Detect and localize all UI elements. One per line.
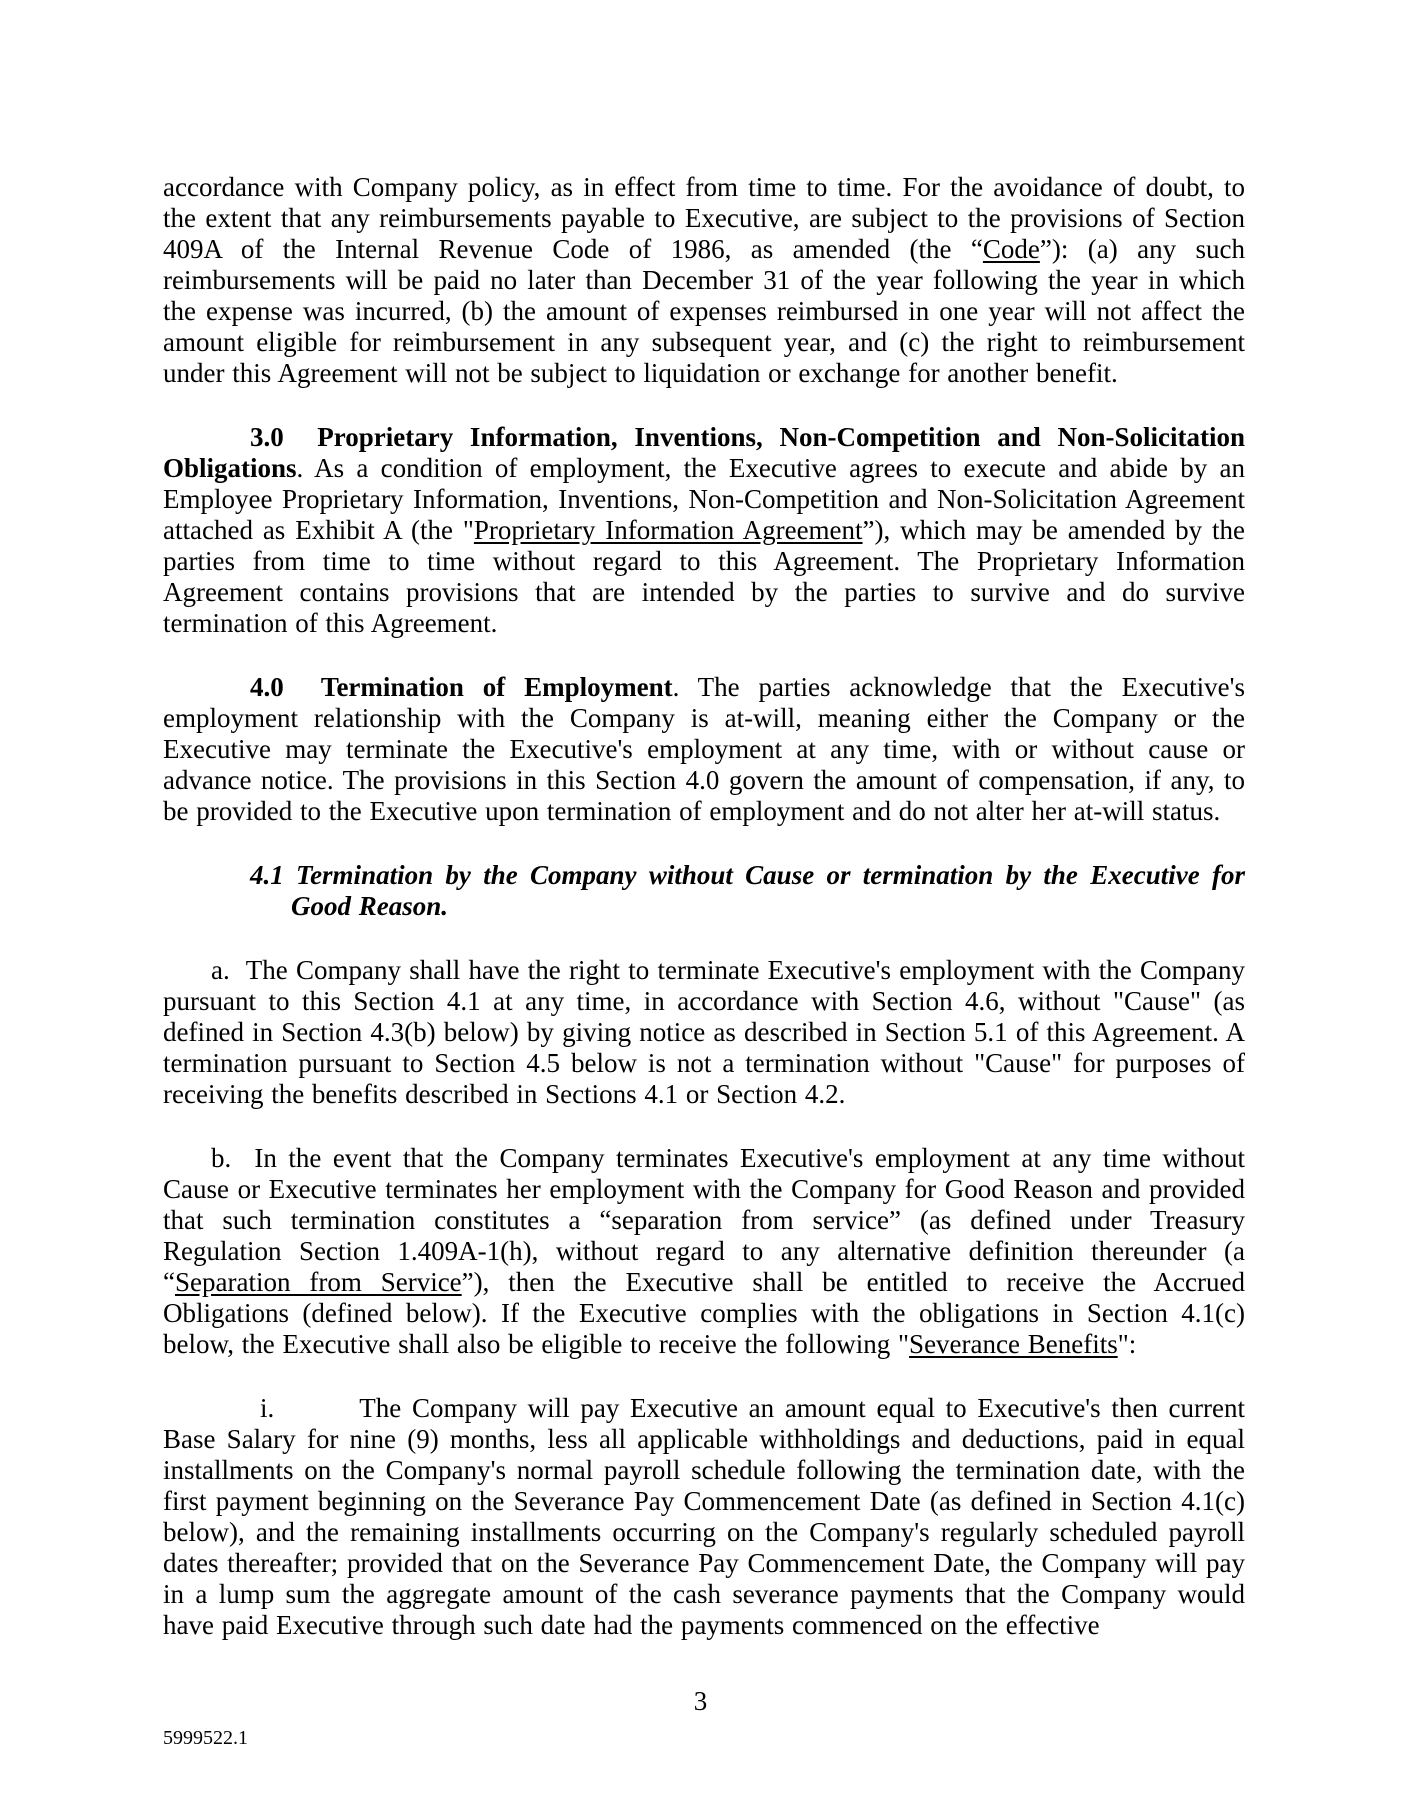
paragraph-reimbursement-continuation: accordance with Company policy, as in ef…: [163, 172, 1245, 389]
document-body: accordance with Company policy, as in ef…: [163, 172, 1245, 1641]
section-4-0-termination-of-employment: 4.0 Termination of Employment. The parti…: [163, 672, 1245, 827]
text-run: Severance Benefits: [909, 1329, 1118, 1359]
text-run: ":: [1118, 1329, 1137, 1359]
section-4-1-heading: 4.1 Termination by the Company without C…: [163, 860, 1245, 922]
text-run: 4.1 Termination by the Company without C…: [250, 860, 1245, 921]
text-run: Separation from Service: [175, 1267, 462, 1297]
page-number: 3: [0, 1686, 1401, 1717]
document-id-footer: 5999522.1: [163, 1726, 248, 1750]
text-run: Code: [983, 234, 1040, 264]
paragraph-b-separation-from-service: b. In the event that the Company termina…: [163, 1143, 1245, 1360]
document-page: accordance with Company policy, as in ef…: [0, 0, 1401, 1812]
text-run: a. The Company shall have the right to t…: [163, 955, 1245, 1109]
text-run: i. The Company will pay Executive an amo…: [163, 1393, 1245, 1640]
text-run: 4.0 Termination of Employment: [250, 672, 673, 702]
paragraph-i-severance-payment: i. The Company will pay Executive an amo…: [163, 1393, 1245, 1641]
paragraph-a-termination-without-cause: a. The Company shall have the right to t…: [163, 955, 1245, 1110]
text-run: Proprietary Information Agreement: [474, 515, 863, 545]
section-3-0-proprietary-information: 3.0 Proprietary Information, Inventions,…: [163, 422, 1245, 639]
